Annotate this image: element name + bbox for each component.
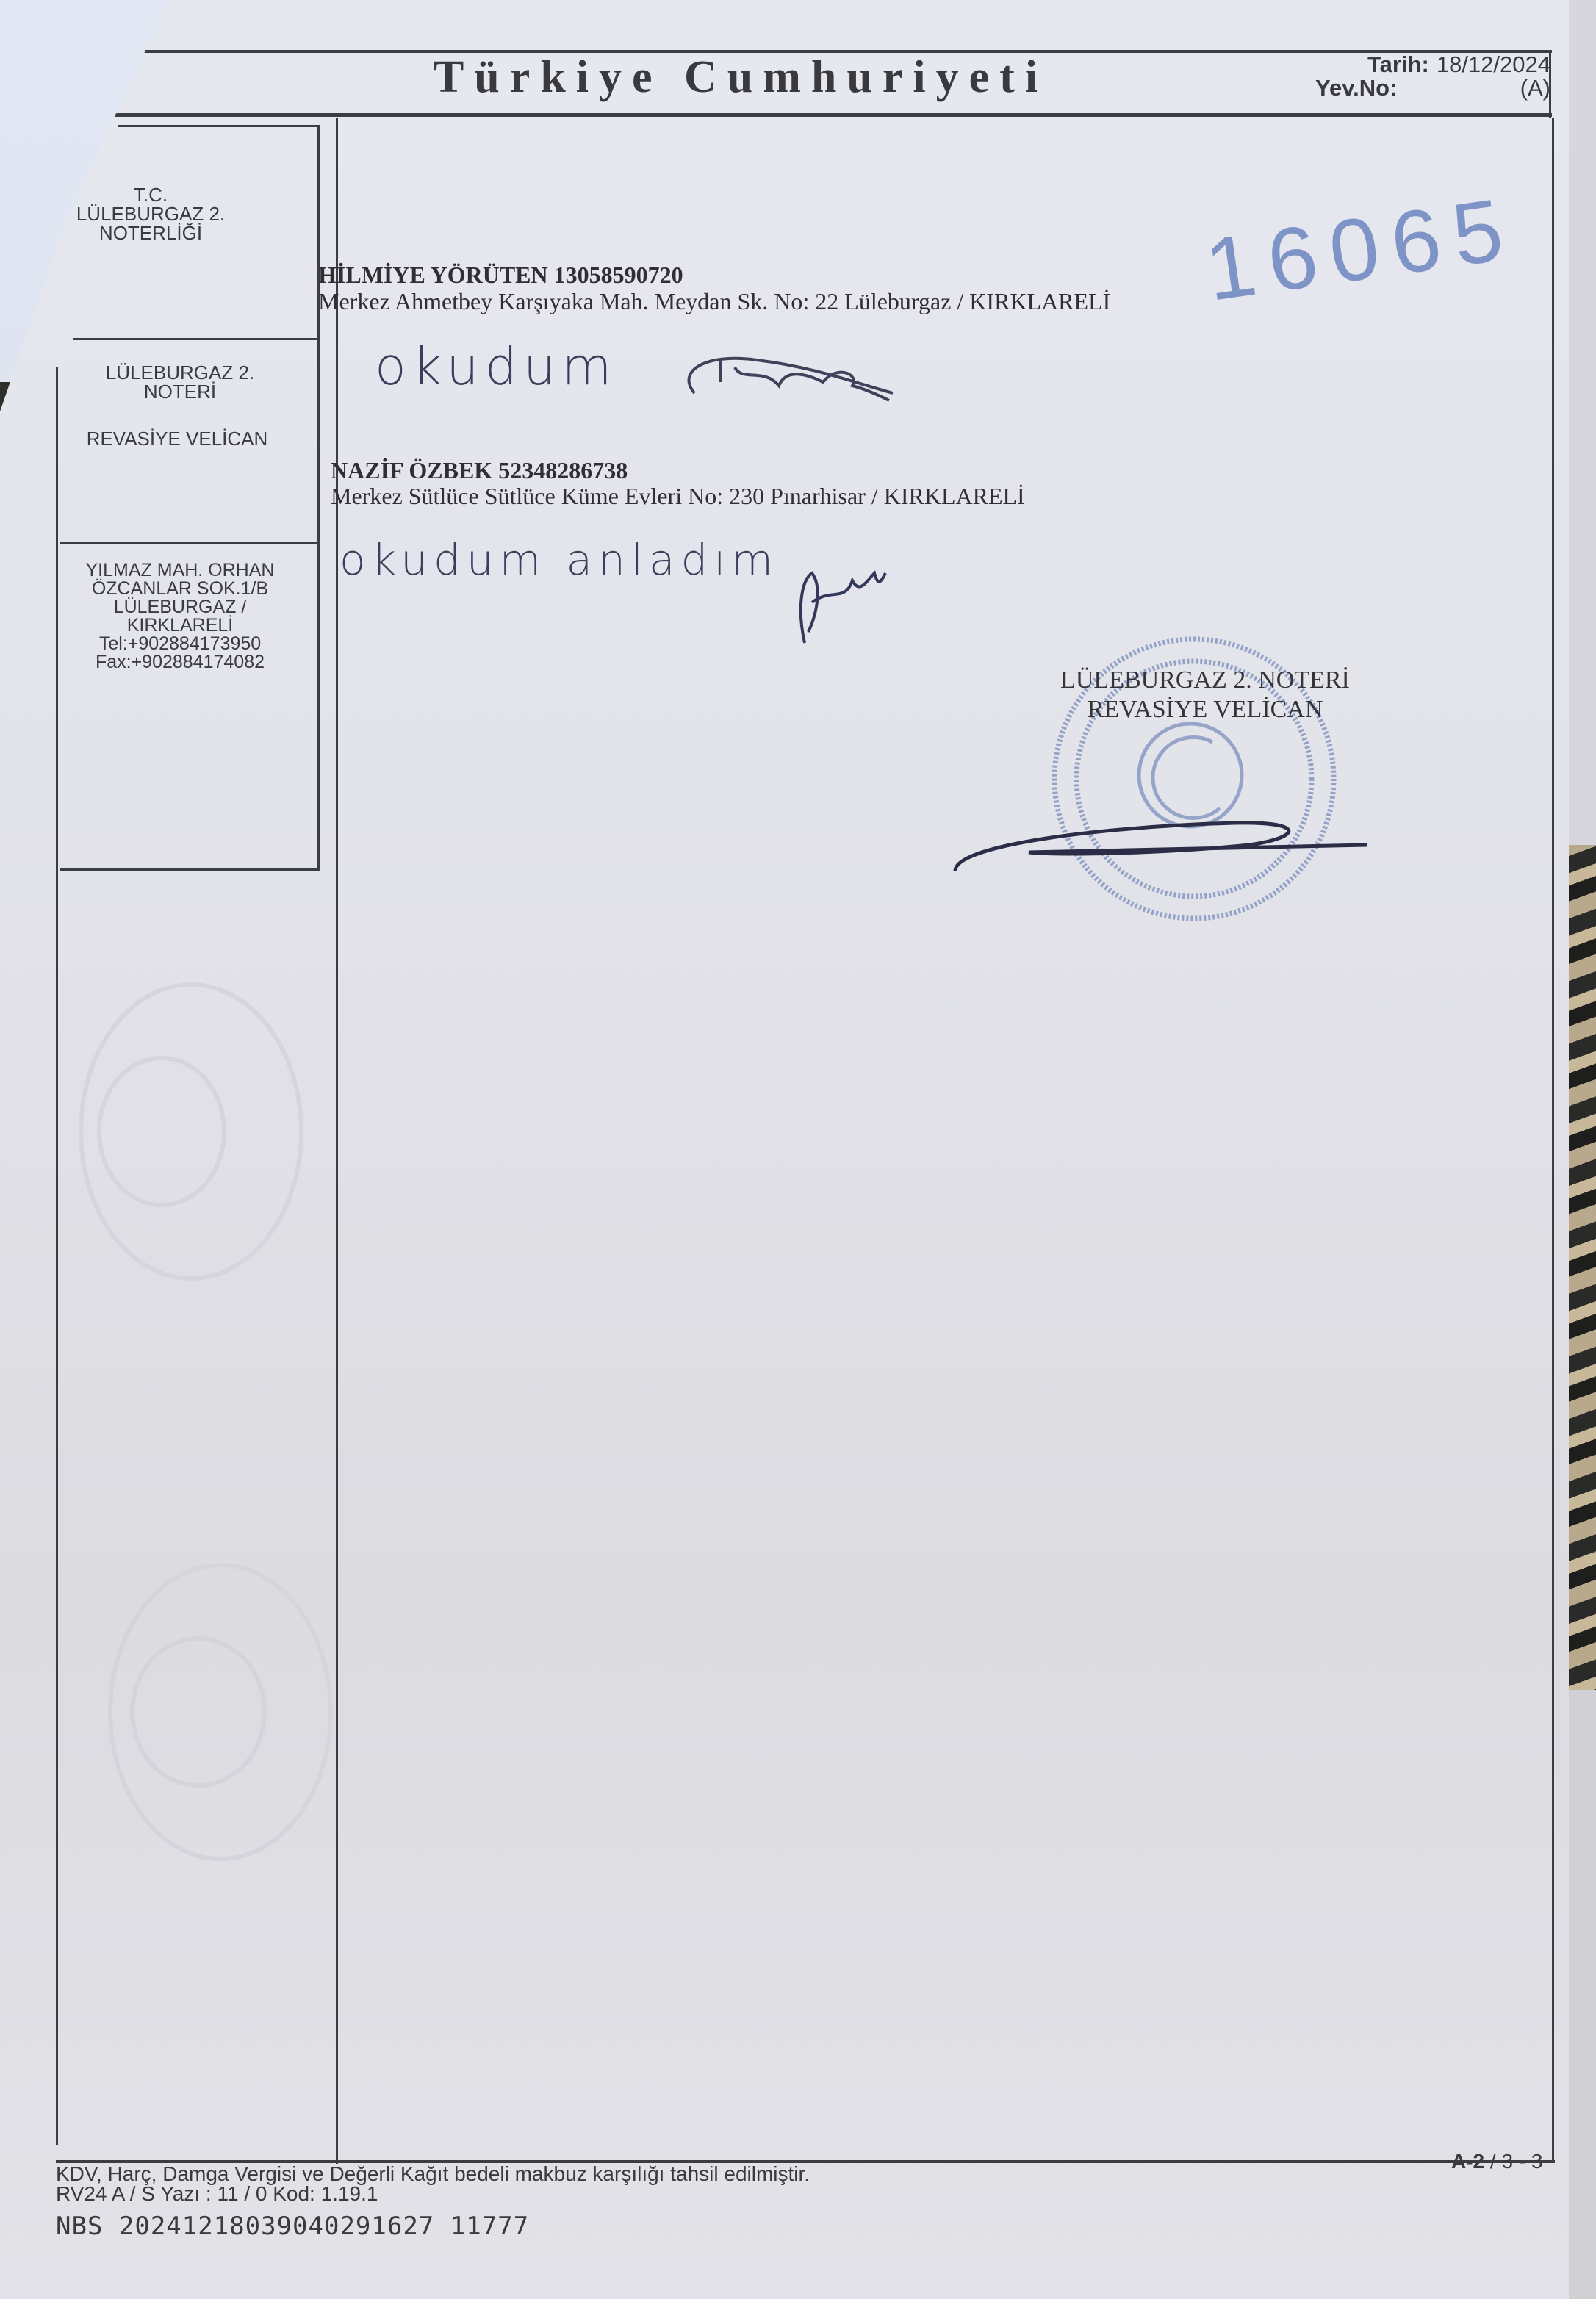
notary-signature-block: LÜLEBURGAZ 2. NOTERİ REVASİYE VELİCAN	[1051, 666, 1359, 724]
notary-signature-line: REVASİYE VELİCAN	[1051, 695, 1359, 724]
nbs-number: NBS 20241218039040291627 11777	[56, 2212, 529, 2241]
page-number: A-2 / 3 - 3	[1451, 2150, 1543, 2173]
notary-signature-line: LÜLEBURGAZ 2. NOTERİ	[1051, 666, 1359, 695]
background-surface-bottom	[1567, 1690, 1596, 2299]
page-prefix: A-2	[1451, 2150, 1484, 2173]
page-suffix: / 3 - 3	[1484, 2150, 1542, 2173]
notary-document-page: Türkiye Cumhuriyeti Tarih: 18/12/2024 Ye…	[0, 0, 1569, 2299]
tax-note: KDV, Harç, Damga Vergisi ve Değerli Kağı…	[56, 2164, 810, 2184]
background-surface	[1567, 0, 1596, 845]
code-line: RV24 A / S Yazı : 11 / 0 Kod: 1.19.1	[56, 2184, 378, 2204]
notary-seal-icon	[0, 0, 1569, 2299]
